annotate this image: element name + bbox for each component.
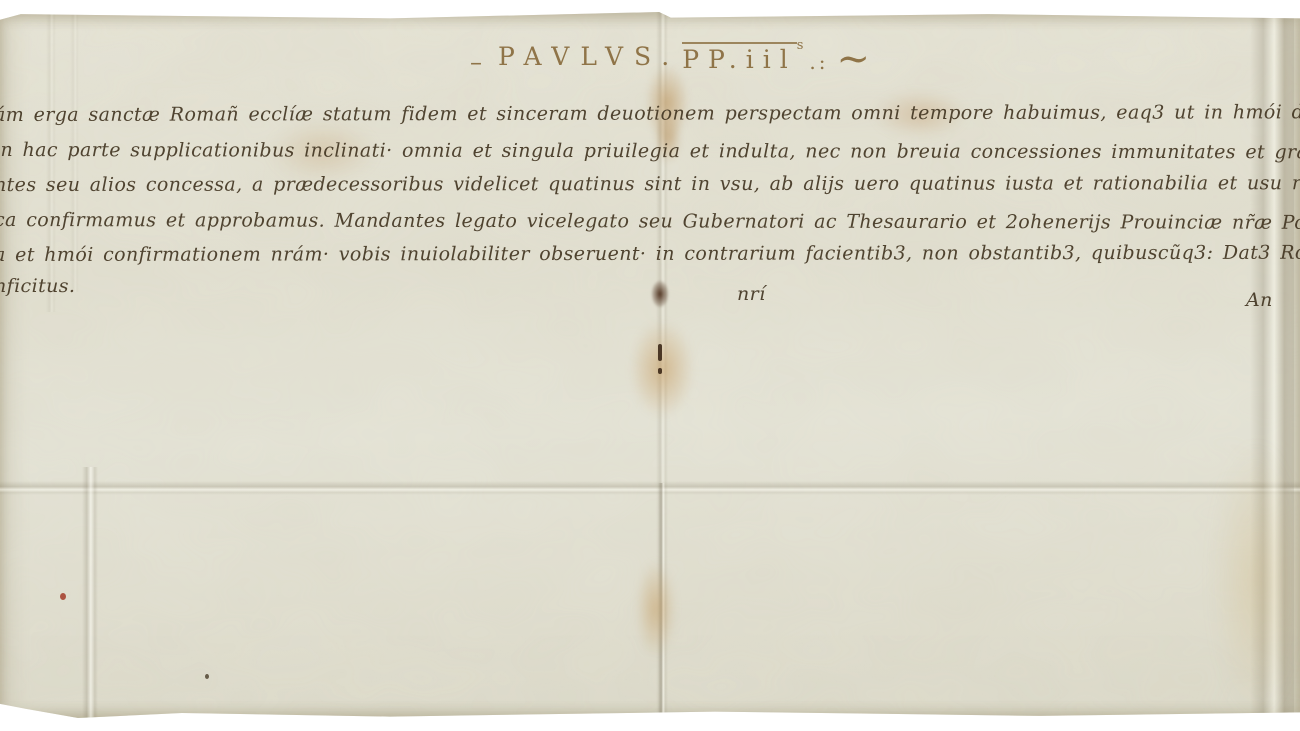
title-dash: –: [470, 48, 488, 76]
parchment-document: – PAVLVS. PP.iil s .: ~ ám erga sanctæ R…: [0, 12, 1300, 718]
manuscript-line-1: ám erga sanctæ Romañ ecclíæ statum fidem…: [0, 101, 1300, 126]
dark-speck: [205, 674, 209, 679]
red-speck: [60, 593, 66, 600]
title-flourish: ~: [837, 36, 871, 82]
title-superscript: s: [797, 38, 804, 53]
ink-mark-bar: [658, 344, 662, 361]
fold-crease-horizontal: [0, 481, 1300, 495]
title-punctuation: .:: [809, 50, 828, 74]
title-inscription: – PAVLVS. PP.iil s .: ~: [0, 42, 1300, 88]
ink-blot: [651, 280, 669, 308]
fold-crease-vertical-left-lower: [82, 467, 98, 718]
manuscript-line-3: ntes seu alios concessa, a prædecessorib…: [0, 172, 1300, 196]
stain-right-band: [1212, 442, 1300, 718]
manuscript-line-2: in hac parte supplicationibus inclinati·…: [0, 139, 1300, 163]
ink-mark-dot: [658, 368, 662, 374]
manuscript-line-6-left: nficitus.: [0, 275, 75, 297]
stain-middle: [630, 320, 694, 418]
manuscript-line-6-right: An: [1246, 289, 1273, 311]
manuscript-line-5: a et hmói confirmationem nrám· vobis inu…: [0, 242, 1300, 266]
fold-crease-vertical-center-lower: [658, 483, 665, 718]
manuscript-line-4: ca confirmamus et approbamus. Mandantes …: [0, 209, 1300, 234]
title-pope-numeral: PP.iil: [682, 42, 797, 74]
manuscript-line-6-center: nrí: [737, 283, 766, 305]
title-pope-name: PAVLVS.: [498, 42, 680, 71]
photo-canvas: – PAVLVS. PP.iil s .: ~ ám erga sanctæ R…: [0, 0, 1300, 731]
stain-lower: [636, 560, 676, 658]
